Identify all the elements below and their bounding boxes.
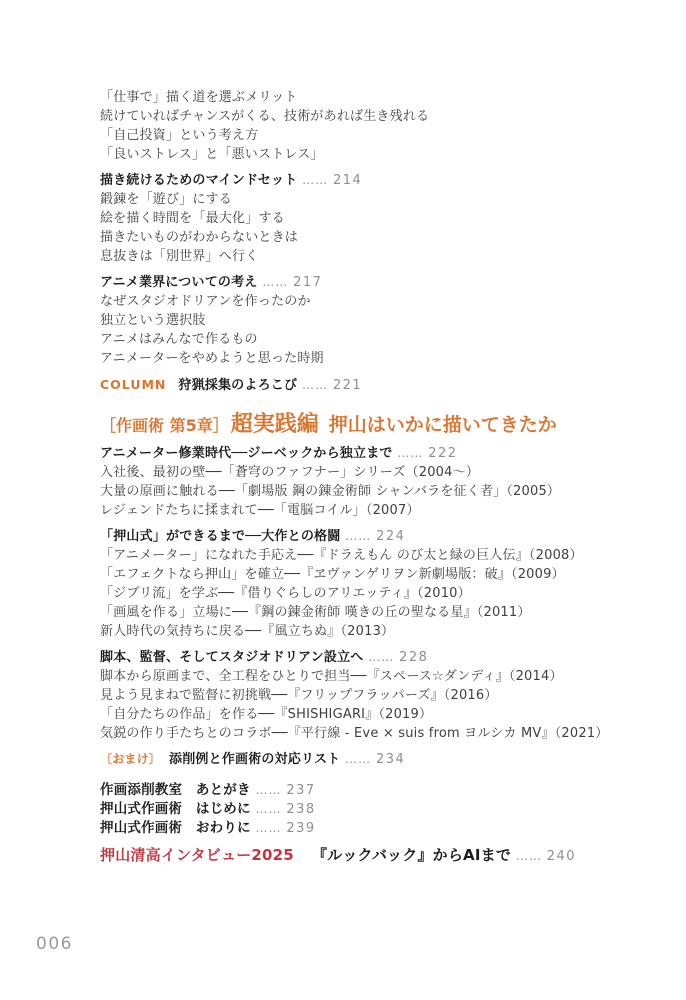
dot-leader: …… [393,446,429,460]
backmatter-entry: 押山式作画術 おわりに …… 239 [100,819,666,838]
interview-title: 『ルックバック』からAIまで [312,846,511,864]
section-title: アニメーター修業時代──ジーベックから独立まで [100,446,393,461]
bonus-entry: 〔おまけ〕添削例と作画術の対応リスト …… 234 [100,750,666,769]
chapter-title-rest: 押山はいかに描いてきたか [329,414,557,436]
column-label: COLUMN [100,377,166,392]
section-title: 脚本、監督、そしてスタジオドリアン設立へ [100,650,363,665]
toc-section-heading: アニメーター修業時代──ジーベックから独立まで …… 222 [100,444,666,463]
toc-section-heading: アニメ業界についての考え …… 217 [100,273,666,292]
page-ref: 234 [376,752,405,767]
dot-leader: …… [297,378,333,392]
dot-leader: …… [251,802,287,816]
toc-entry: 「自分たちの作品」を作る──『SHISHIGARI』（2019） [100,705,666,724]
toc-section-heading: 「押山式」ができるまで──大作との格闘 …… 224 [100,527,666,546]
toc-section-heading: 描き続けるためのマインドセット …… 214 [100,171,666,190]
backmatter-title: 作画添削教室 あとがき [100,782,251,798]
toc-entry: 「ジブリ流」を学ぶ──『借りぐらしのアリエッティ』（2010） [100,584,666,603]
toc-section: 「押山式」ができるまで──大作との格闘 …… 224「アニメーター」になれた手応… [100,527,666,641]
page-ref: 237 [286,783,315,798]
page-ref: 214 [333,173,362,188]
toc-entry: アニメーターをやめようと思った時期 [100,349,666,368]
bonus-title: 添削例と作画術の対応リスト [169,752,340,767]
folio-page-number: 006 [36,934,73,954]
toc-entry: 「自己投資」という考え方 [100,126,666,145]
dot-leader: …… [511,849,547,863]
toc-section: 描き続けるためのマインドセット …… 214鍛錬を「遊び」にする絵を描く時間を「… [100,171,666,266]
dot-leader: …… [251,783,287,797]
toc-entry: 鍛錬を「遊び」にする [100,190,666,209]
interview-label: 押山清高インタビュー2025 [100,846,294,864]
dot-leader: …… [363,650,399,664]
chapter-tag: ［作画術 第5章］ [100,416,229,435]
column-title: 狩猟採集のよろこび [178,378,297,393]
backmatter-title: 押山式作画術 はじめに [100,801,251,817]
toc-entry: なぜスタジオドリアンを作ったのか [100,292,666,311]
backmatter-list: 作画添削教室 あとがき …… 237押山式作画術 はじめに …… 238押山式作… [100,781,666,838]
dot-leader: …… [297,173,333,187]
toc-section: 脚本、監督、そしてスタジオドリアン設立へ …… 228脚本から原画まで、全工程を… [100,648,666,743]
toc-entry: 「良いストレス」と「悪いストレス」 [100,145,666,164]
page-ref: 217 [293,275,322,290]
dot-leader: …… [340,752,376,766]
section-title: 描き続けるためのマインドセット [100,173,297,188]
page-ref: 222 [428,446,457,461]
interview-entry: 押山清高インタビュー2025『ルックバック』からAIまで …… 240 [100,846,666,866]
toc-section: 「仕事で」描く道を選ぶメリット続けていればチャンスがくる、技術があれば生き残れる… [100,88,666,164]
dot-leader: …… [340,529,376,543]
toc-entry: 独立という選択肢 [100,311,666,330]
toc-section: アニメ業界についての考え …… 217なぜスタジオドリアンを作ったのか独立という… [100,273,666,368]
chapter-title-big: 超実践編 [231,412,319,437]
section-title: アニメ業界についての考え [100,275,258,290]
page-ref: 228 [399,650,428,665]
page-ref: 240 [547,849,576,864]
section-title: 「押山式」ができるまで──大作との格闘 [100,529,340,544]
page-ref: 238 [286,802,315,817]
page-ref: 221 [333,378,362,393]
page-ref: 239 [286,821,315,836]
toc-entry: 息抜きは「別世界」へ行く [100,247,666,266]
toc-entry: レジェンドたちに揉まれて──「電脳コイル」（2007） [100,501,666,520]
column-entry: COLUMN狩猟採集のよろこび …… 221 [100,375,666,395]
toc-entry: 続けていればチャンスがくる、技術があれば生き残れる [100,107,666,126]
toc-entry: 「画風を作る」立場に──『鋼の錬金術師 嘆きの丘の聖なる星』（2011） [100,603,666,622]
dot-leader: …… [251,821,287,835]
toc-entry: アニメはみんなで作るもの [100,330,666,349]
toc-entry: 描きたいものがわからないときは [100,228,666,247]
page-ref: 224 [376,529,405,544]
toc-entry: 絵を描く時間を「最大化」する [100,209,666,228]
toc-entry: 「仕事で」描く道を選ぶメリット [100,88,666,107]
toc-entry: 大量の原画に触れる──「劇場版 鋼の錬金術師 シャンバラを征く者」（2005） [100,482,666,501]
toc-entry: 見よう見まねで監督に初挑戦──『フリップフラッパーズ』（2016） [100,686,666,705]
toc-entry: 気鋭の作り手たちとのコラボ──『平行線 - Eve × suis from ヨル… [100,724,666,743]
bonus-label: 〔おまけ〕 [100,752,161,766]
backmatter-entry: 作画添削教室 あとがき …… 237 [100,781,666,800]
toc-entry: 入社後、最初の壁──「蒼穹のファフナー」シリーズ（2004～） [100,463,666,482]
toc-entry: 「エフェクトなら押山」を確立──『ヱヴァンゲリヲン新劇場版：破』（2009） [100,565,666,584]
toc-entry: 脚本から原画まで、全工程をひとりで担当──『スペース☆ダンディ』（2014） [100,667,666,686]
table-of-contents: 「仕事で」描く道を選ぶメリット続けていればチャンスがくる、技術があれば生き残れる… [100,88,666,866]
chapter-heading: ［作画術 第5章］超実践編押山はいかに描いてきたか [100,411,666,440]
toc-entry: 「アニメーター」になれた手応え──『ドラえもん のび太と緑の巨人伝』（2008） [100,546,666,565]
toc-section: アニメーター修業時代──ジーベックから独立まで …… 222入社後、最初の壁──… [100,444,666,520]
backmatter-entry: 押山式作画術 はじめに …… 238 [100,800,666,819]
book-page: 「仕事で」描く道を選ぶメリット続けていればチャンスがくる、技術があれば生き残れる… [0,0,686,1000]
dot-leader: …… [258,275,294,289]
toc-section-heading: 脚本、監督、そしてスタジオドリアン設立へ …… 228 [100,648,666,667]
toc-entry: 新人時代の気持ちに戻る──『風立ちぬ』（2013） [100,622,666,641]
backmatter-title: 押山式作画術 おわりに [100,820,251,836]
